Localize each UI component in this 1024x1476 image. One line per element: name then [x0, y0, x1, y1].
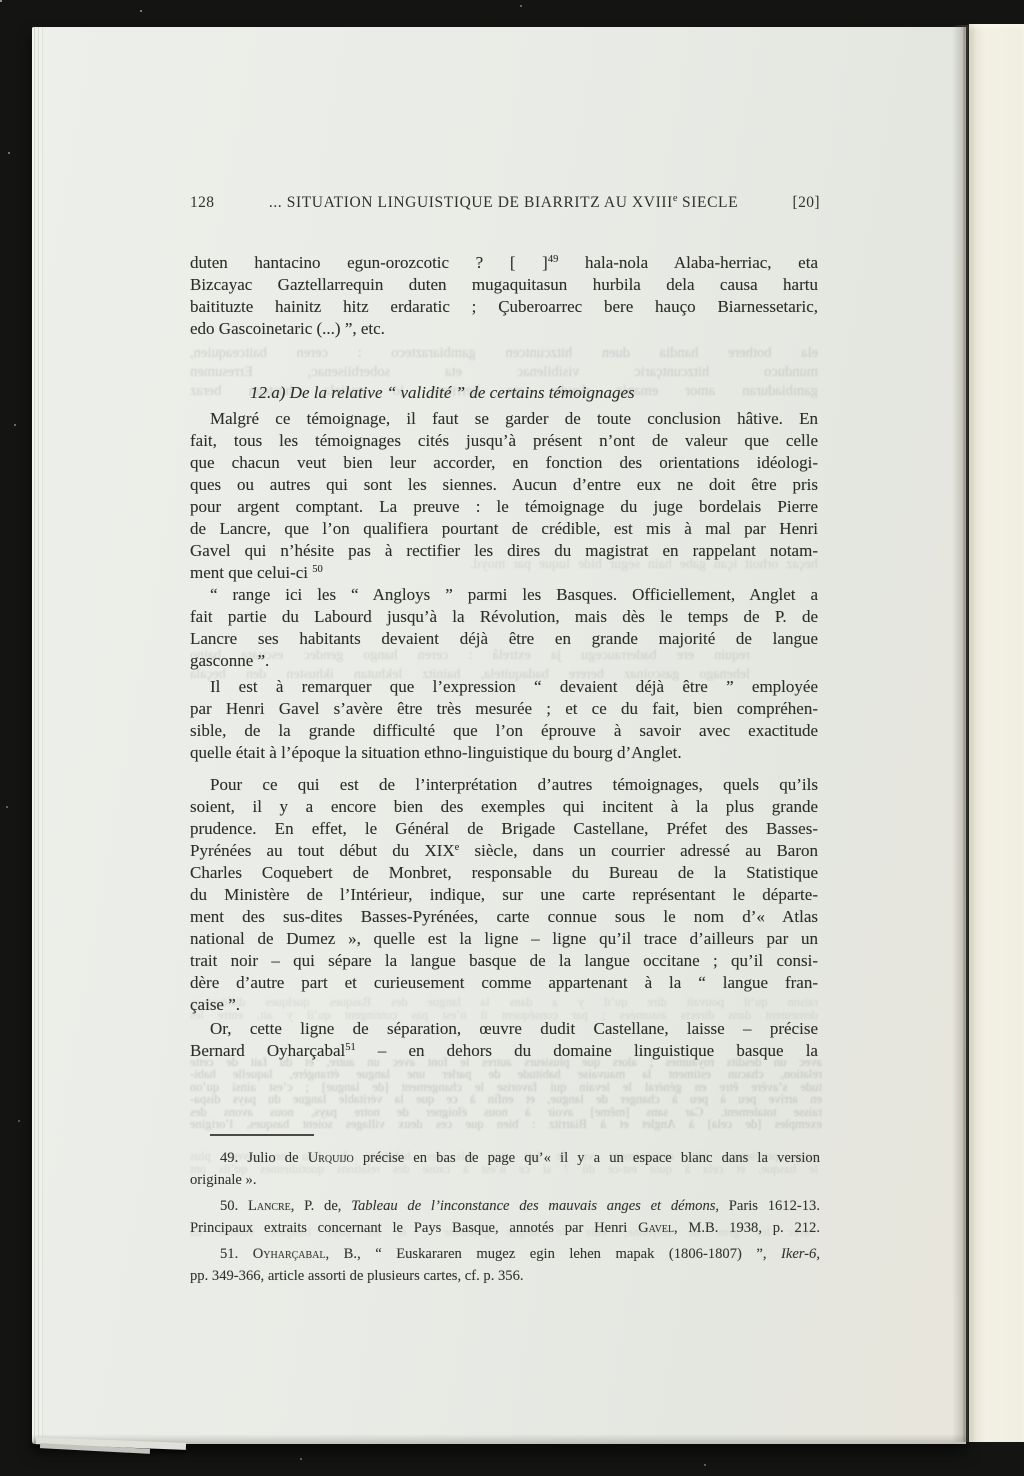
- page-number: 128: [190, 194, 214, 212]
- text-line: “ range ici les “ Angloys ” parmi les Ba…: [190, 584, 818, 606]
- book-right-page-sliver: [969, 24, 1024, 1442]
- text-line: Bernard Oyharçabal51 – en dehors du doma…: [190, 1040, 818, 1062]
- text-line: Lancre ses habitants devaient déjà être …: [190, 628, 818, 650]
- text-line: 12.a) De la relative “ validité ” de cer…: [250, 382, 818, 404]
- text-line: ques ou autres qui sont les siennes. Auc…: [190, 474, 818, 496]
- bleedthrough-line: en arrive peu à peu à changer de langue,…: [190, 1093, 822, 1105]
- text-line: dère d’autre part et curieusement comme …: [190, 972, 818, 994]
- text-line: duten hantacino egun-orozcotic ? [ ]49 h…: [190, 252, 818, 274]
- footnote-line: Principaux extraits concernant le Pays B…: [190, 1217, 820, 1239]
- footnote-line: 49. Julio de Urquijo précise en bas de p…: [190, 1147, 820, 1169]
- paragraph-quote: “ range ici les “ Angloys ” parmi les Ba…: [190, 584, 818, 672]
- text-line: trait noir – qui sépare la langue basque…: [190, 950, 818, 972]
- text-line: pour argent comptant. La preuve : le tém…: [190, 496, 818, 518]
- text-line: que chacun veut bien leur accorder, en f…: [190, 452, 818, 474]
- footnote-separator-rule: [210, 1134, 314, 1136]
- text-line: ment des sus-dites Basses-Pyrénées, cart…: [190, 906, 818, 928]
- text-line: Il est à remarquer que l’expression “ de…: [190, 676, 818, 698]
- paragraph-normal: Il est à remarquer que l’expression “ de…: [190, 676, 818, 764]
- footnote: 51. Oyharçabal, B., “ Euskararen mugez e…: [190, 1243, 820, 1287]
- text-line: çaise ”.: [190, 994, 818, 1016]
- text-line: prudence. En effet, le Général de Brigad…: [190, 818, 818, 840]
- text-line: Pyrénées au tout début du XIXe siècle, d…: [190, 840, 818, 862]
- footnote-line: originale ».: [190, 1169, 820, 1191]
- text-line: fait partie du Labourd jusqu’à la Révolu…: [190, 606, 818, 628]
- book-gutter-shadow: [952, 25, 970, 1442]
- footnote-line: 51. Oyharçabal, B., “ Euskararen mugez e…: [190, 1243, 820, 1265]
- footnote-line: 50. Lancre, P. de, Tableau de l’inconsta…: [190, 1195, 820, 1217]
- text-line: Charles Coquebert de Monbret, responsabl…: [190, 862, 818, 884]
- bleedthrough-line: exemples [de cela] à Anglet et à Biarrit…: [190, 1118, 822, 1130]
- text-line: baitituzte hainitz hitz erdaratic ; Çube…: [190, 296, 818, 318]
- bleedthrough-block: avec un desdits royaumes ; alors que plu…: [190, 1056, 822, 1130]
- page-header: 128 ... SITUATION LINGUISTIQUE DE BIARRI…: [190, 194, 820, 212]
- text-line: soient, il y a encore bien des exemples …: [190, 796, 818, 818]
- text-line: Malgré ce témoignage, il faut se garder …: [190, 408, 818, 430]
- text-line: du Ministère de l’Intérieur, indique, su…: [190, 884, 818, 906]
- running-title: ... SITUATION LINGUISTIQUE DE BIARRITZ A…: [269, 194, 738, 212]
- text-line: Pour ce qui est de l’interprétation d’au…: [190, 774, 818, 796]
- text-line: ment que celui-ci 50: [190, 562, 818, 584]
- text-line: Or, cette ligne de séparation, œuvre dud…: [190, 1018, 818, 1040]
- footnote-line: pp. 349-366, article assorti de plusieur…: [190, 1265, 820, 1287]
- text-line: edo Gascoinetaric (...) ”, etc.: [190, 318, 818, 340]
- text-line: Bizcayac Gaztellarrequin duten mugaquita…: [190, 274, 818, 296]
- bleedthrough-line: relation, chacun estiment la mauvaise ha…: [190, 1068, 822, 1080]
- paragraph-normal: Malgré ce témoignage, il faut se garder …: [190, 408, 818, 584]
- text-line: fait, tous les témoignages cités jusqu’à…: [190, 430, 818, 452]
- text-line: par Henri Gavel s’avère être très mesuré…: [190, 698, 818, 720]
- footnotes: 49. Julio de Urquijo précise en bas de p…: [190, 1147, 820, 1287]
- text-line: gasconne ”.: [190, 650, 818, 672]
- running-title-text: SIECLE: [678, 194, 739, 211]
- paragraph-continuation: duten hantacino egun-orozcotic ? [ ]49 h…: [190, 252, 818, 340]
- running-title-text: ... SITUATION LINGUISTIQUE DE BIARRITZ A…: [269, 194, 673, 211]
- dust-specks: [0, 0, 2, 2]
- paragraph-normal: Pour ce qui est de l’interprétation d’au…: [190, 774, 818, 1016]
- text-line: de Lancre, que l’on qualifiera pourtant …: [190, 518, 818, 540]
- text-line: sible, de la grande difficulté que l’on …: [190, 720, 818, 742]
- text-line: Gavel qui n’hésite pas à rectifier les d…: [190, 540, 818, 562]
- footnote: 50. Lancre, P. de, Tableau de l’inconsta…: [190, 1195, 820, 1239]
- scanned-book-photo: ela bothere handia duen hitzcuntcen gamb…: [0, 0, 1024, 1476]
- paragraph-heading: 12.a) De la relative “ validité ” de cer…: [190, 382, 818, 404]
- body-text: duten hantacino egun-orozcotic ? [ ]49 h…: [190, 252, 818, 1062]
- text-line: quelle était à l’époque la situation eth…: [190, 742, 818, 764]
- header-bracket-number: [20]: [793, 194, 820, 212]
- paragraph-normal: Or, cette ligne de séparation, œuvre dud…: [190, 1018, 818, 1062]
- text-line: national de Dumez », quelle est la ligne…: [190, 928, 818, 950]
- footnote: 49. Julio de Urquijo précise en bas de p…: [190, 1147, 820, 1191]
